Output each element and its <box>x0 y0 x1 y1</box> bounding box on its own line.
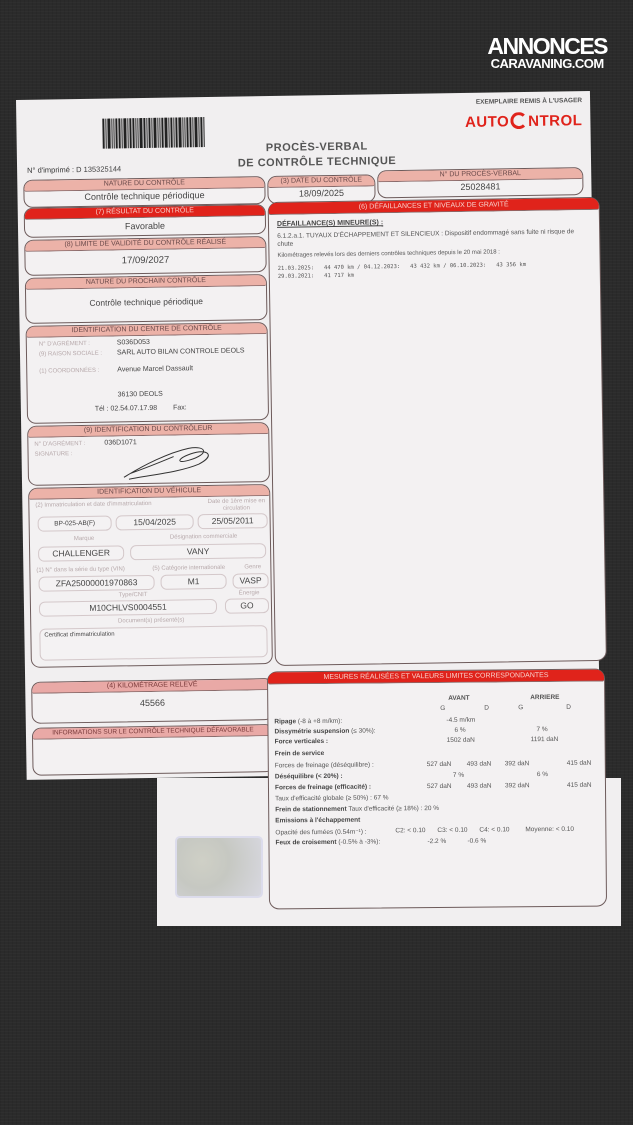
marque-value: CHALLENGER <box>38 545 124 561</box>
watermark-line1: ANNONCES <box>487 36 607 58</box>
forces-efficacite-label: Forces de freinage (efficacité) : <box>275 784 371 792</box>
centre-tel: Tél : 02.54.07.17.98 Fax: <box>95 404 187 412</box>
copy-label: EXEMPLAIRE REMIS À L'USAGER <box>476 97 582 106</box>
date-controle-header: (3) DATE DU CONTRÔLE <box>268 175 374 188</box>
forces-desequilibre-rd: 415 daN <box>567 760 592 767</box>
col-avant-g: G <box>440 705 445 712</box>
forces-desequilibre-ad: 493 daN <box>467 761 492 768</box>
opacite-c4: C4: < 0.10 <box>479 826 509 833</box>
force-verticales-label: Force verticales : <box>275 738 329 745</box>
defaillances-category: DÉFAILLANCE(S) MINEURE(S) : <box>277 219 383 228</box>
date-controle-value: 18/09/2025 <box>268 187 374 199</box>
energie-value: GO <box>225 598 269 614</box>
designation-value: VANY <box>130 543 266 560</box>
signature-icon <box>118 442 219 482</box>
desequilibre-label: Déséquilibre (< 20%) : <box>275 773 343 781</box>
force-verticales-avant: 1502 daN <box>447 737 475 744</box>
immat-date-value: 15/04/2025 <box>116 514 194 530</box>
frein-service-label: Frein de service <box>275 750 325 757</box>
stationnement-value: Taux d'efficacité (≥ 18%) : 20 % <box>348 805 439 813</box>
tel-label: Tél : <box>95 406 109 413</box>
resultat-header: (7) RÉSULTAT DU CONTRÔLE <box>25 205 265 220</box>
forces-efficacite-ag: 527 daN <box>427 783 452 790</box>
title-line1: PROCÈS-VERBAL <box>217 140 417 155</box>
print-number-label: N° d'imprimé : <box>27 165 74 175</box>
forces-desequilibre-ag: 527 daN <box>427 761 452 768</box>
opacite-c2: C2: < 0.10 <box>395 827 425 834</box>
km-history-line1: 21.03.2025: 44 470 km / 04.12.2023: 43 4… <box>278 262 526 272</box>
centre-city: 36130 DEOLS <box>118 391 163 399</box>
print-number-value: D 135325144 <box>76 164 121 174</box>
centre-coord-label: (1) COORDONNÉES : <box>39 368 99 375</box>
desequilibre-avant: 7 % <box>453 772 464 779</box>
prochain-header: NATURE DU PROCHAIN CONTRÔLE <box>26 275 266 290</box>
defaillances-header: (6) DÉFAILLANCES ET NIVEAUX DE GRAVITÉ <box>269 198 599 215</box>
col-arriere: ARRIERE <box>530 694 559 701</box>
documents-label: Document(s) présenté(s) <box>31 616 271 626</box>
validite-box: (8) LIMITE DE VALIDITÉ DU CONTRÔLE RÉALI… <box>24 236 267 276</box>
genre-label: Genre <box>244 564 261 570</box>
col-arriere-g: G <box>518 704 523 711</box>
title-line2: DE CONTRÔLE TECHNIQUE <box>217 155 417 170</box>
first-circ-label: Date de 1ère mise en circulation <box>205 498 267 513</box>
km-history-line2: 29.03.2021: 41 717 km <box>278 273 354 280</box>
immat-label: (2) Immatriculation et date d'immatricul… <box>35 501 151 509</box>
opacite-moyenne: Moyenne: < 0.10 <box>525 826 574 833</box>
type-label: Type/CNIT <box>119 592 148 598</box>
feux-label: Feux de croisement <box>275 839 336 847</box>
centre-raison-label: (9) RAISON SOCIALE : <box>39 351 102 358</box>
kilometrage-box: (4) KILOMÉTRAGE RELEVÉ 45566 <box>31 678 274 724</box>
stationnement-label: Frein de stationnement <box>275 806 347 814</box>
feux-g: -2.2 % <box>427 838 446 845</box>
type-value: M10CHLVS0004551 <box>39 599 217 617</box>
vin-value: ZFA25000001970863 <box>38 575 154 592</box>
col-avant: AVANT <box>448 695 469 702</box>
opacite-c3: C3: < 0.10 <box>437 827 467 834</box>
centre-agrement: S036D053 <box>117 339 150 347</box>
watermark-logo: ANNONCES CARAVANING.COM <box>487 36 607 70</box>
documents-value: Certificat d'immatriculation <box>39 625 267 661</box>
fax-label: Fax: <box>173 404 187 411</box>
signature-label: SIGNATURE : <box>35 451 73 458</box>
vin-label: (1) N° dans la série du type (VIN) <box>36 566 125 573</box>
numero-pv-value: 25028481 <box>378 180 582 193</box>
dissymetrie-avant: 6 % <box>454 727 465 734</box>
force-verticales-arriere: 1191 daN <box>531 736 559 743</box>
prochain-value: Contrôle technique périodique <box>26 295 266 309</box>
col-arriere-d: D <box>566 704 571 711</box>
feux-d: -0.6 % <box>467 838 486 845</box>
feux-limit: (-0.5% à -3%): <box>338 838 380 845</box>
defavorable-header: INFORMATIONS SUR LE CONTRÔLE TECHNIQUE D… <box>33 725 273 740</box>
resultat-value: Favorable <box>25 219 265 233</box>
dissymetrie-arriere: 7 % <box>536 726 547 733</box>
forces-efficacite-ad: 493 daN <box>467 783 492 790</box>
energie-label: Énergie <box>239 590 260 596</box>
immat-value: BP-025-AB(F) <box>38 516 112 532</box>
centre-raison: SARL AUTO BILAN CONTROLE DEOLS <box>117 347 245 356</box>
categorie-label: (5) Catégorie internationale <box>152 565 225 572</box>
defaillance-item: 6.1.2.a.1. TUYAUX D'ÉCHAPPEMENT ET SILEN… <box>277 228 587 249</box>
ripage-label: Ripage <box>274 718 296 725</box>
desequilibre-arriere: 6 % <box>537 771 548 778</box>
mesures-box: MESURES RÉALISÉES ET VALEURS LIMITES COR… <box>267 669 607 910</box>
centre-address: Avenue Marcel Dassault <box>117 365 193 373</box>
numero-pv-box: N° DU PROCÈS-VERBAL 25028481 <box>377 167 583 198</box>
mesures-header: MESURES RÉALISÉES ET VALEURS LIMITES COR… <box>268 670 604 685</box>
forces-desequilibre-rg: 392 daN <box>505 760 530 767</box>
designation-label: Désignation commerciale <box>170 534 237 541</box>
validite-header: (8) LIMITE DE VALIDITÉ DU CONTRÔLE RÉALI… <box>25 237 265 252</box>
forces-efficacite-rd: 415 daN <box>567 782 592 789</box>
controleur-box: (9) IDENTIFICATION DU CONTRÔLEUR N° D'AG… <box>27 422 270 486</box>
hologram-seal <box>175 836 263 898</box>
forces-desequilibre-label: Forces de freinage (déséquilibre) : <box>275 762 374 770</box>
defavorable-box: INFORMATIONS SUR LE CONTRÔLE TECHNIQUE D… <box>32 724 275 776</box>
brand-left: AUTO <box>465 113 509 131</box>
first-circ-value: 25/05/2011 <box>198 513 268 529</box>
controleur-header: (9) IDENTIFICATION DU CONTRÔLEUR <box>28 423 268 438</box>
ripage-limit: (-8 à +8 m/km): <box>298 718 342 725</box>
categorie-value: M1 <box>160 574 226 590</box>
barcode <box>102 117 205 149</box>
centre-agrement-label: N° D'AGRÉMENT : <box>39 341 90 348</box>
print-number: N° d'imprimé : D 135325144 <box>27 164 121 174</box>
prochain-controle-box: NATURE DU PROCHAIN CONTRÔLE Contrôle tec… <box>25 274 268 324</box>
centre-box: IDENTIFICATION DU CENTRE DE CONTRÔLE N° … <box>26 322 270 424</box>
logo-c-icon <box>510 112 527 129</box>
resultat-box: (7) RÉSULTAT DU CONTRÔLE Favorable <box>24 204 266 238</box>
taux-global: Taux d'efficacité globale (≥ 50%) : 67 % <box>275 794 389 802</box>
page-title: PROCÈS-VERBAL DE CONTRÔLE TECHNIQUE <box>217 140 417 170</box>
col-avant-d: D <box>484 705 489 712</box>
kilometrage-value: 45566 <box>32 696 272 710</box>
dissymetrie-label: Dissymétrie suspension <box>274 728 349 736</box>
ripage-value: -4.5 m/km <box>446 717 475 724</box>
kilometrage-header: (4) KILOMÉTRAGE RELEVÉ <box>32 679 272 694</box>
vehicule-box: IDENTIFICATION DU VÉHICULE (2) Immatricu… <box>28 484 273 668</box>
autocontrol-logo: AUTONTROL <box>465 111 583 131</box>
defaillances-box: (6) DÉFAILLANCES ET NIVEAUX DE GRAVITÉ D… <box>268 197 607 666</box>
genre-value: VASP <box>232 573 268 589</box>
emissions-label: Emissions à l'échappement <box>275 817 360 825</box>
controleur-agrement-label: N° D'AGRÉMENT : <box>34 441 85 448</box>
nature-controle-box: NATURE DU CONTRÔLE Contrôle technique pé… <box>23 176 265 208</box>
marque-label: Marque <box>74 536 94 542</box>
forces-efficacite-rg: 392 daN <box>505 782 530 789</box>
tel-value: 02.54.07.17.98 <box>110 405 157 413</box>
watermark-line2: CARAVANING.COM <box>487 58 607 70</box>
validite-value: 17/09/2027 <box>25 253 265 268</box>
centre-header: IDENTIFICATION DU CENTRE DE CONTRÔLE <box>27 323 267 338</box>
date-controle-box: (3) DATE DU CONTRÔLE 18/09/2025 <box>267 174 375 204</box>
opacite-label: Opacité des fumées (0.54m⁻¹) : <box>275 828 366 837</box>
km-history-label: Kilométrages relevés lors des derniers c… <box>277 248 593 259</box>
brand-right: NTROL <box>528 112 582 130</box>
dissymetrie-limit: (≤ 30%): <box>351 728 376 735</box>
